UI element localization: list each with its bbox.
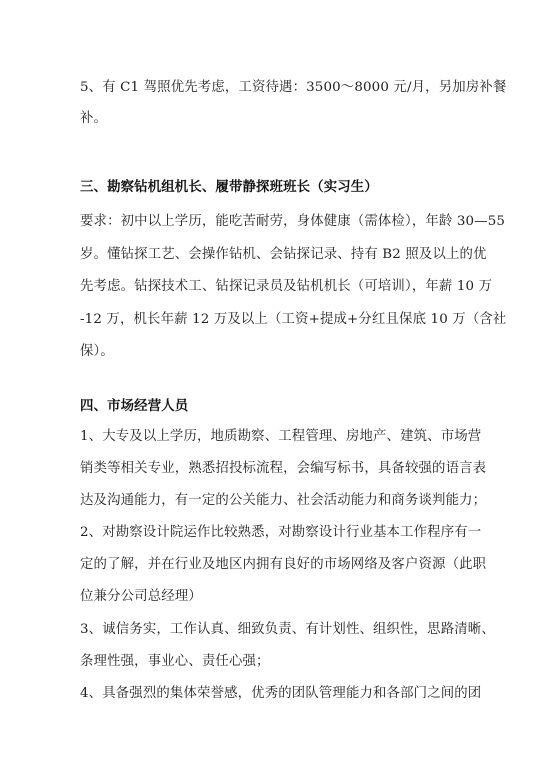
paragraph-line: 1、大专及以上学历，地质勘察、工程管理、房地产、建筑、市场营	[80, 427, 480, 447]
paragraph-line: 3、诚信务实，工作认真、细致负责、有计划性、组织性，思路清晰、	[80, 620, 480, 640]
paragraph-line: 岁。懂钻探工艺、会操作钻机、会钻探记录、持有 B2 照及以上的优	[80, 245, 480, 265]
paragraph-line: 5、有 C1 驾照优先考虑，工资待遇：3500～8000 元/月，另加房补餐	[80, 78, 480, 98]
paragraph-line: 定的了解，并在行业及地区内拥有良好的市场网络及客户资源（此职	[80, 555, 480, 575]
paragraph-line: -12 万，机长年薪 12 万及以上（工资+提成+分红且保底 10 万（含社	[80, 310, 480, 330]
paragraph-line: 补。	[80, 109, 480, 129]
section-heading: 四、市场经营人员	[80, 396, 480, 416]
document-page: 5、有 C1 驾照优先考虑，工资待遇：3500～8000 元/月，另加房补餐 补…	[0, 0, 543, 768]
paragraph-line: 达及沟通能力，有一定的公关能力、社会活动能力和商务谈判能力；	[80, 491, 480, 511]
paragraph-line: 2、对勘察设计院运作比较熟悉，对勘察设计行业基本工作程序有一	[80, 523, 480, 543]
paragraph-line: 销类等相关专业，熟悉招投标流程，会编写标书，具备较强的语言表	[80, 459, 480, 479]
paragraph-line: 要求：初中以上学历，能吃苦耐劳，身体健康（需体检），年龄 30—55	[80, 212, 480, 232]
paragraph-line: 先考虑。钻探技术工、钻探记录员及钻机机长（可培训），年薪 10 万	[80, 277, 480, 297]
section-heading: 三、勘察钻机组机长、履带静探班班长（实习生）	[80, 177, 480, 197]
paragraph-line: 4、具备强烈的集体荣誉感，优秀的团队管理能力和各部门之间的团	[80, 684, 480, 704]
paragraph-line: 条理性强，事业心、责任心强；	[80, 652, 480, 672]
paragraph-line: 位兼分公司总经理）	[80, 587, 480, 607]
paragraph-line: 保）。	[80, 342, 480, 362]
